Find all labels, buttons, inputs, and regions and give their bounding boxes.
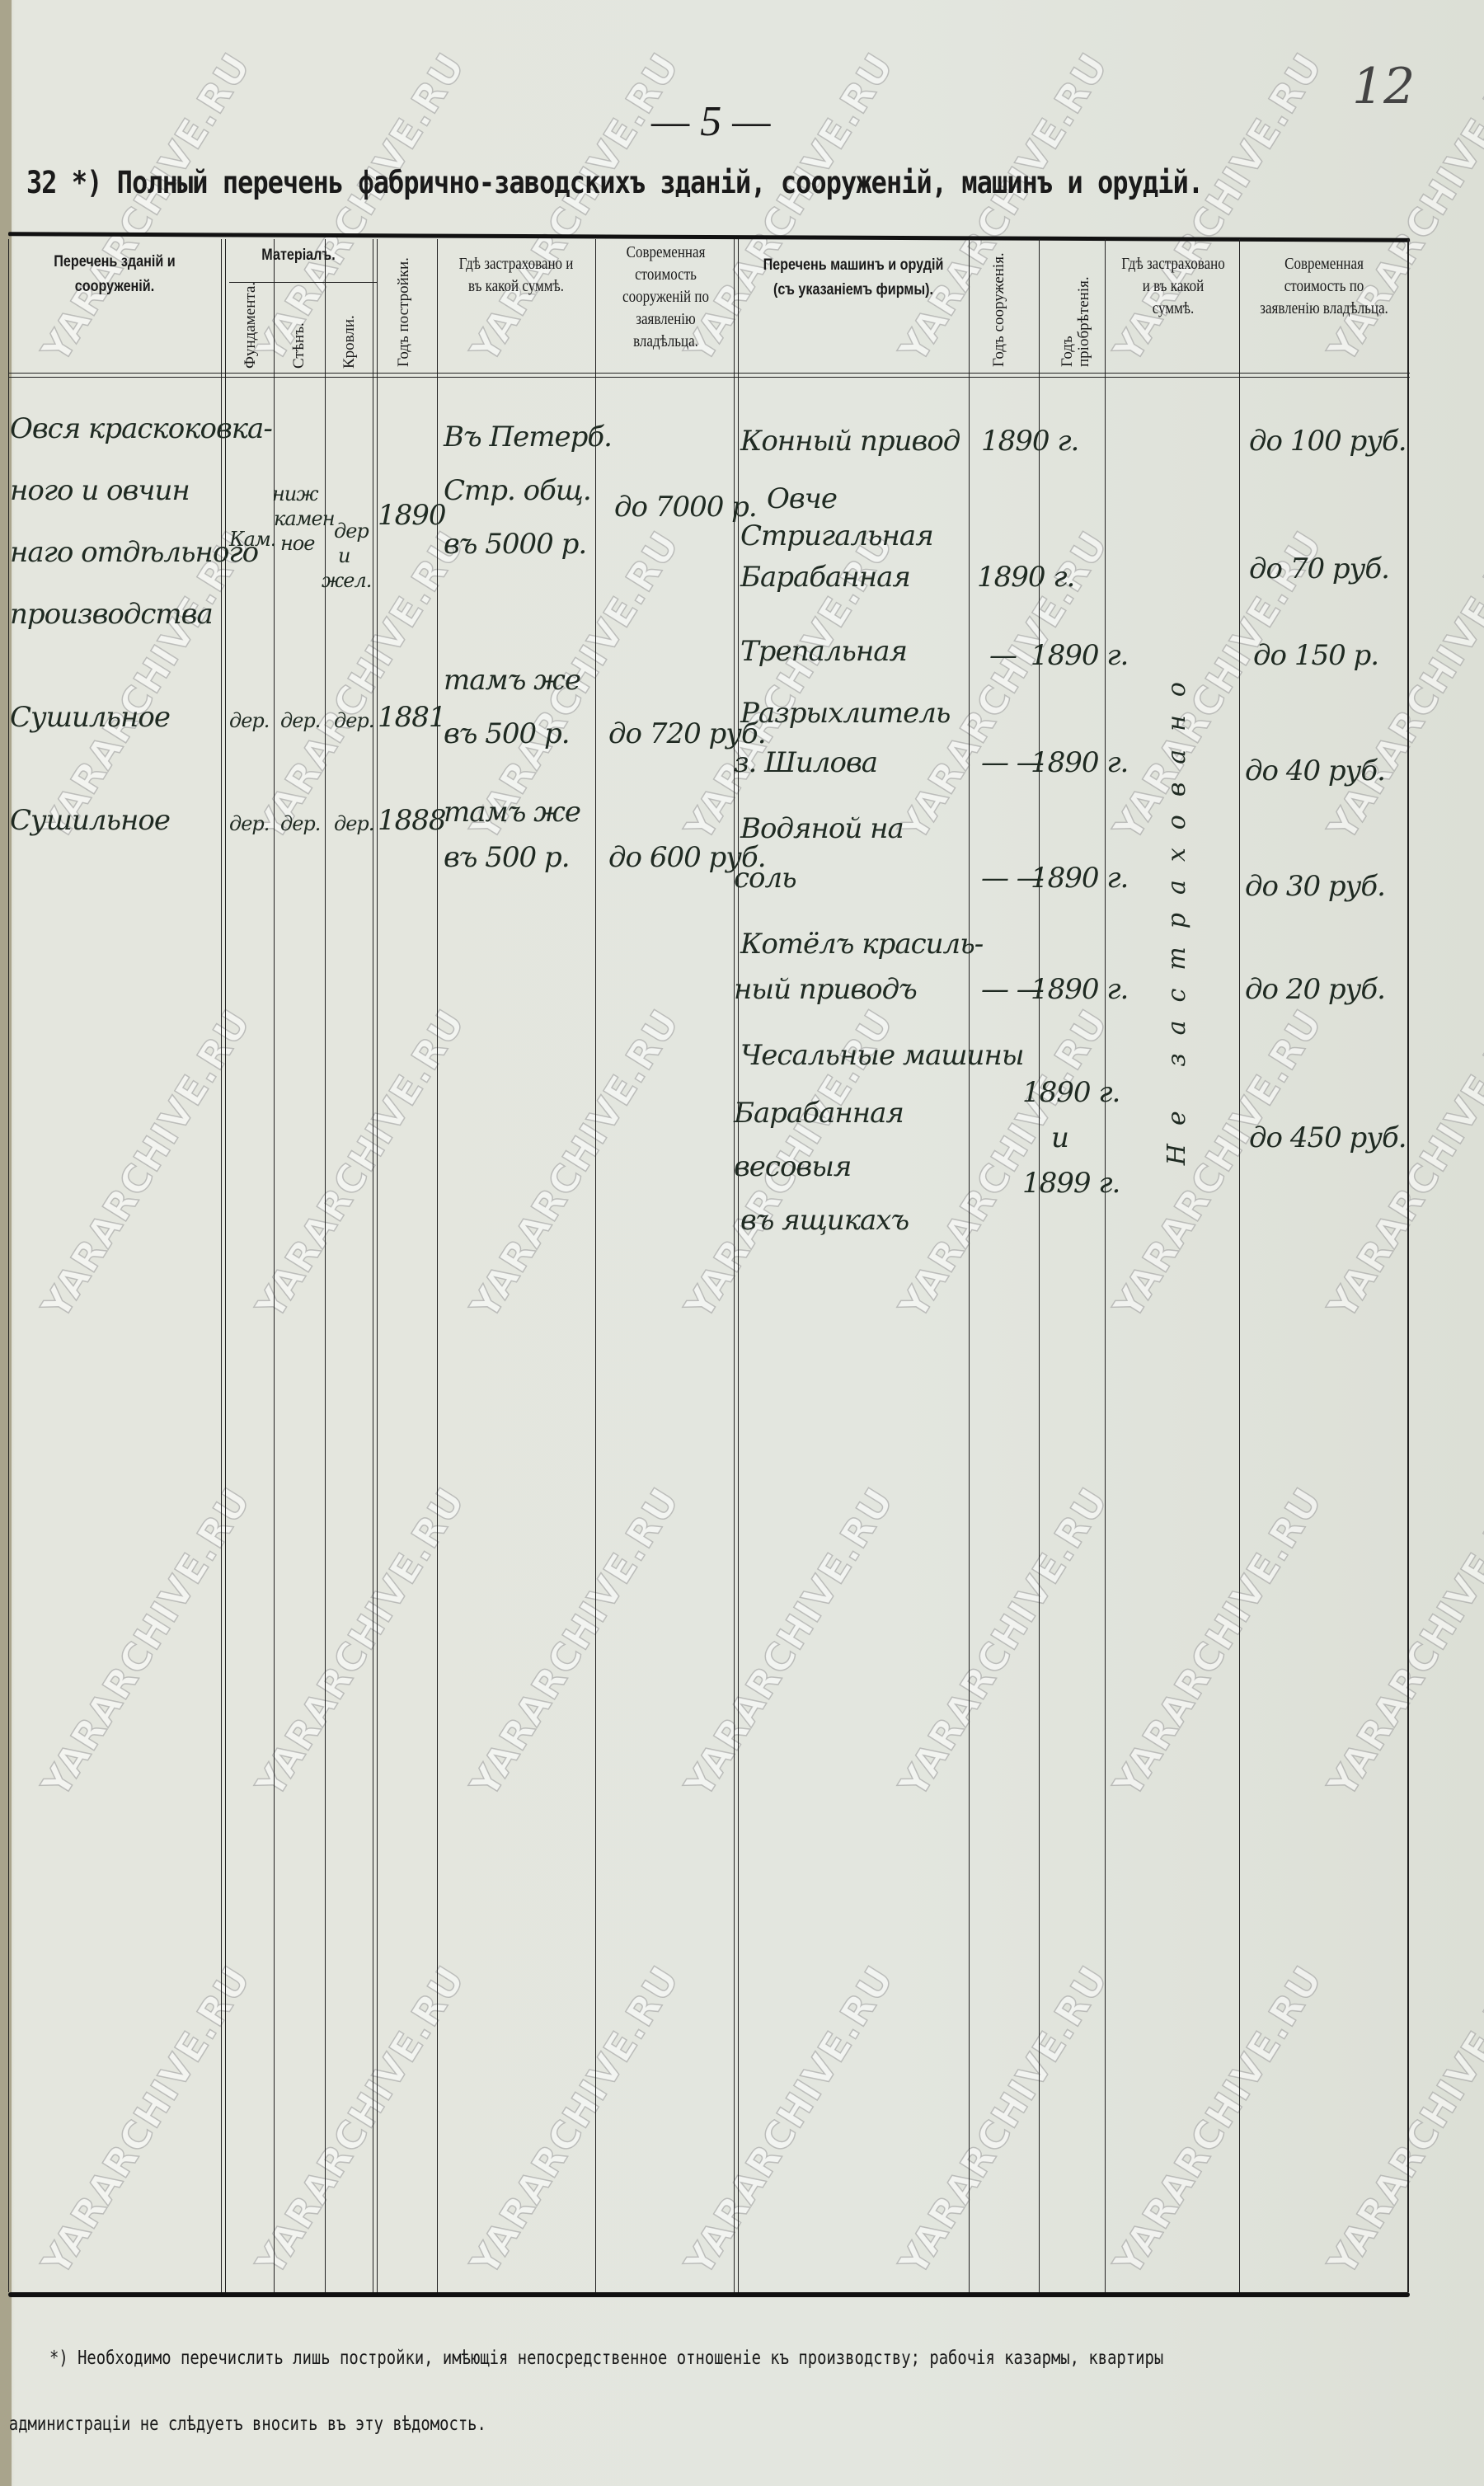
column-divider	[595, 239, 596, 2292]
building-roof: дер.	[334, 812, 373, 835]
building-name-line: производства	[10, 598, 213, 631]
column-divider	[1105, 239, 1106, 2292]
column-divider	[1239, 239, 1240, 2292]
form-title: 32 *) Полный перечень фабрично-заводских…	[26, 165, 1203, 200]
machine-name: з. Шилова	[734, 746, 877, 779]
building-roof: и	[338, 544, 350, 567]
machine-year-acquired: 1890 г.	[1031, 639, 1128, 672]
building-roof: дер.	[334, 709, 373, 732]
building-insured: въ 5000 р.	[444, 528, 586, 561]
machine-name: Барабанная	[734, 1097, 904, 1130]
header-material: Матеріалъ.	[236, 243, 362, 268]
header-current-value: Современная стоимость сооруженій по заяв…	[612, 242, 721, 353]
machine-value: до 40 руб.	[1245, 754, 1385, 787]
building-name-line: Овся краскоковка-	[10, 412, 272, 445]
building-name-line: наго отдѣльного	[10, 536, 258, 569]
building-roof: дер	[334, 519, 369, 543]
machine-value: до 30 руб.	[1245, 870, 1385, 903]
machine-name: Трепальная	[740, 635, 907, 668]
header-separator	[8, 373, 1410, 378]
building-name-line: Сушильное	[10, 804, 170, 837]
machine-name: въ ящикахъ	[740, 1204, 909, 1237]
machine-name: Барабанная	[740, 561, 910, 594]
column-divider	[373, 239, 378, 2292]
building-insured: въ 500 р.	[444, 841, 570, 874]
column-divider	[8, 239, 9, 2292]
building-insured: тамъ же	[444, 796, 580, 829]
building-foundation: Кам.	[229, 528, 275, 551]
machine-value: до 450 руб.	[1249, 1121, 1407, 1154]
building-foundation: дер.	[229, 709, 269, 732]
header-machines: Перечень машинъ и орудій (съ указаніемъ …	[758, 253, 948, 303]
building-foundation: дер.	[229, 812, 269, 835]
machine-year-constructed: —	[989, 639, 1017, 672]
building-walls: ное	[280, 532, 314, 555]
table-top-rule	[8, 232, 1410, 242]
machine-value: до 150 р.	[1253, 639, 1378, 672]
machine-name: весовыя	[734, 1150, 851, 1183]
column-divider	[1407, 239, 1409, 2292]
machine-name: Овче	[767, 482, 837, 515]
building-year: 1881	[378, 701, 446, 734]
table-bottom-rule	[8, 2292, 1410, 2297]
header-foundation: Фундамента.	[242, 286, 259, 369]
header-walls: Стѣнъ.	[291, 286, 308, 369]
building-name-line: Сушильное	[10, 701, 170, 734]
header-current-value-2: Современная стоимость по заявленію владѣ…	[1256, 253, 1391, 320]
header-roof: Кровли.	[341, 286, 358, 369]
building-insured: въ 500 р.	[444, 717, 570, 750]
header-year-built: Годъ постройки.	[396, 243, 412, 367]
building-insured: Въ Петерб.	[444, 421, 612, 453]
machine-name: Котёлъ красиль-	[740, 928, 983, 961]
machine-name: Чесальные машины	[740, 1039, 1024, 1072]
machine-value: до 20 руб.	[1245, 973, 1385, 1006]
machine-year-acquired: 1890 г.	[1031, 746, 1128, 779]
building-name-line: ного и овчин	[10, 474, 190, 507]
building-year: 1888	[378, 804, 446, 837]
building-walls: дер.	[280, 709, 320, 732]
machine-name: Разрыхлитель	[740, 697, 950, 730]
building-walls: камен	[274, 507, 335, 530]
machine-name: Водяной на	[740, 812, 904, 845]
header-buildings: Перечень зданій и сооруженій.	[24, 250, 204, 299]
page-number: — 5 —	[651, 97, 770, 146]
machine-name: Конный привод	[740, 425, 960, 458]
building-walls: ниж	[272, 482, 318, 505]
machine-year-acquired: 1890 г.	[1031, 973, 1128, 1006]
building-walls: дер.	[280, 812, 320, 835]
machine-name: Стригальная	[740, 519, 933, 552]
column-divider	[734, 239, 739, 2292]
machine-value: до 100 руб.	[1249, 425, 1407, 458]
machines-not-insured-note: Не застраховано	[1162, 664, 1191, 1165]
folio-number: 12	[1352, 58, 1415, 115]
column-divider	[437, 239, 438, 2292]
footnote: *) Необходимо перечислить лишь постройки…	[49, 2325, 1165, 2457]
footnote-line-2: администраціи не слѣдуетъ вносить въ эту…	[9, 2391, 1165, 2457]
header-year-constructed: Годъ сооруженія.	[991, 243, 1007, 367]
inventory-table: Перечень зданій и сооруженій. Матеріалъ.…	[8, 235, 1410, 2305]
machine-year-acquired: 1890 г.	[981, 425, 1078, 458]
header-insured: Гдѣ застраховано и въ какой суммѣ.	[456, 253, 576, 298]
machine-name: соль	[734, 862, 796, 895]
column-divider	[325, 239, 326, 2292]
machine-year-acquired: 1890 г.	[977, 561, 1074, 594]
machine-year-acquired: 1890 г.	[1022, 1076, 1120, 1109]
machine-year-acquired: 1899 г.	[1022, 1167, 1120, 1200]
machine-name: ный приводъ	[734, 973, 917, 1006]
building-insured: тамъ же	[444, 664, 580, 697]
header-insured-2: Гдѣ застраховано и въ какой суммѣ.	[1120, 253, 1226, 320]
column-divider	[969, 239, 970, 2292]
machine-year-acquired: и	[1051, 1121, 1068, 1154]
machine-value: до 70 руб.	[1249, 552, 1389, 585]
building-value: до 7000 р.	[614, 491, 757, 524]
column-divider	[1039, 239, 1040, 2292]
building-insured: Стр. общ.	[444, 474, 591, 507]
header-year-acquired: Годъ пріобрѣтенія.	[1059, 243, 1092, 367]
building-roof: жел.	[322, 569, 371, 592]
document-page: YARARCHIVE.RU YARARCHIVE.RU YARARCHIVE.R…	[0, 0, 1484, 2486]
footnote-line-1: *) Необходимо перечислить лишь постройки…	[49, 2347, 1163, 2369]
building-year: 1890	[378, 499, 446, 532]
machine-year-acquired: 1890 г.	[1031, 862, 1128, 895]
